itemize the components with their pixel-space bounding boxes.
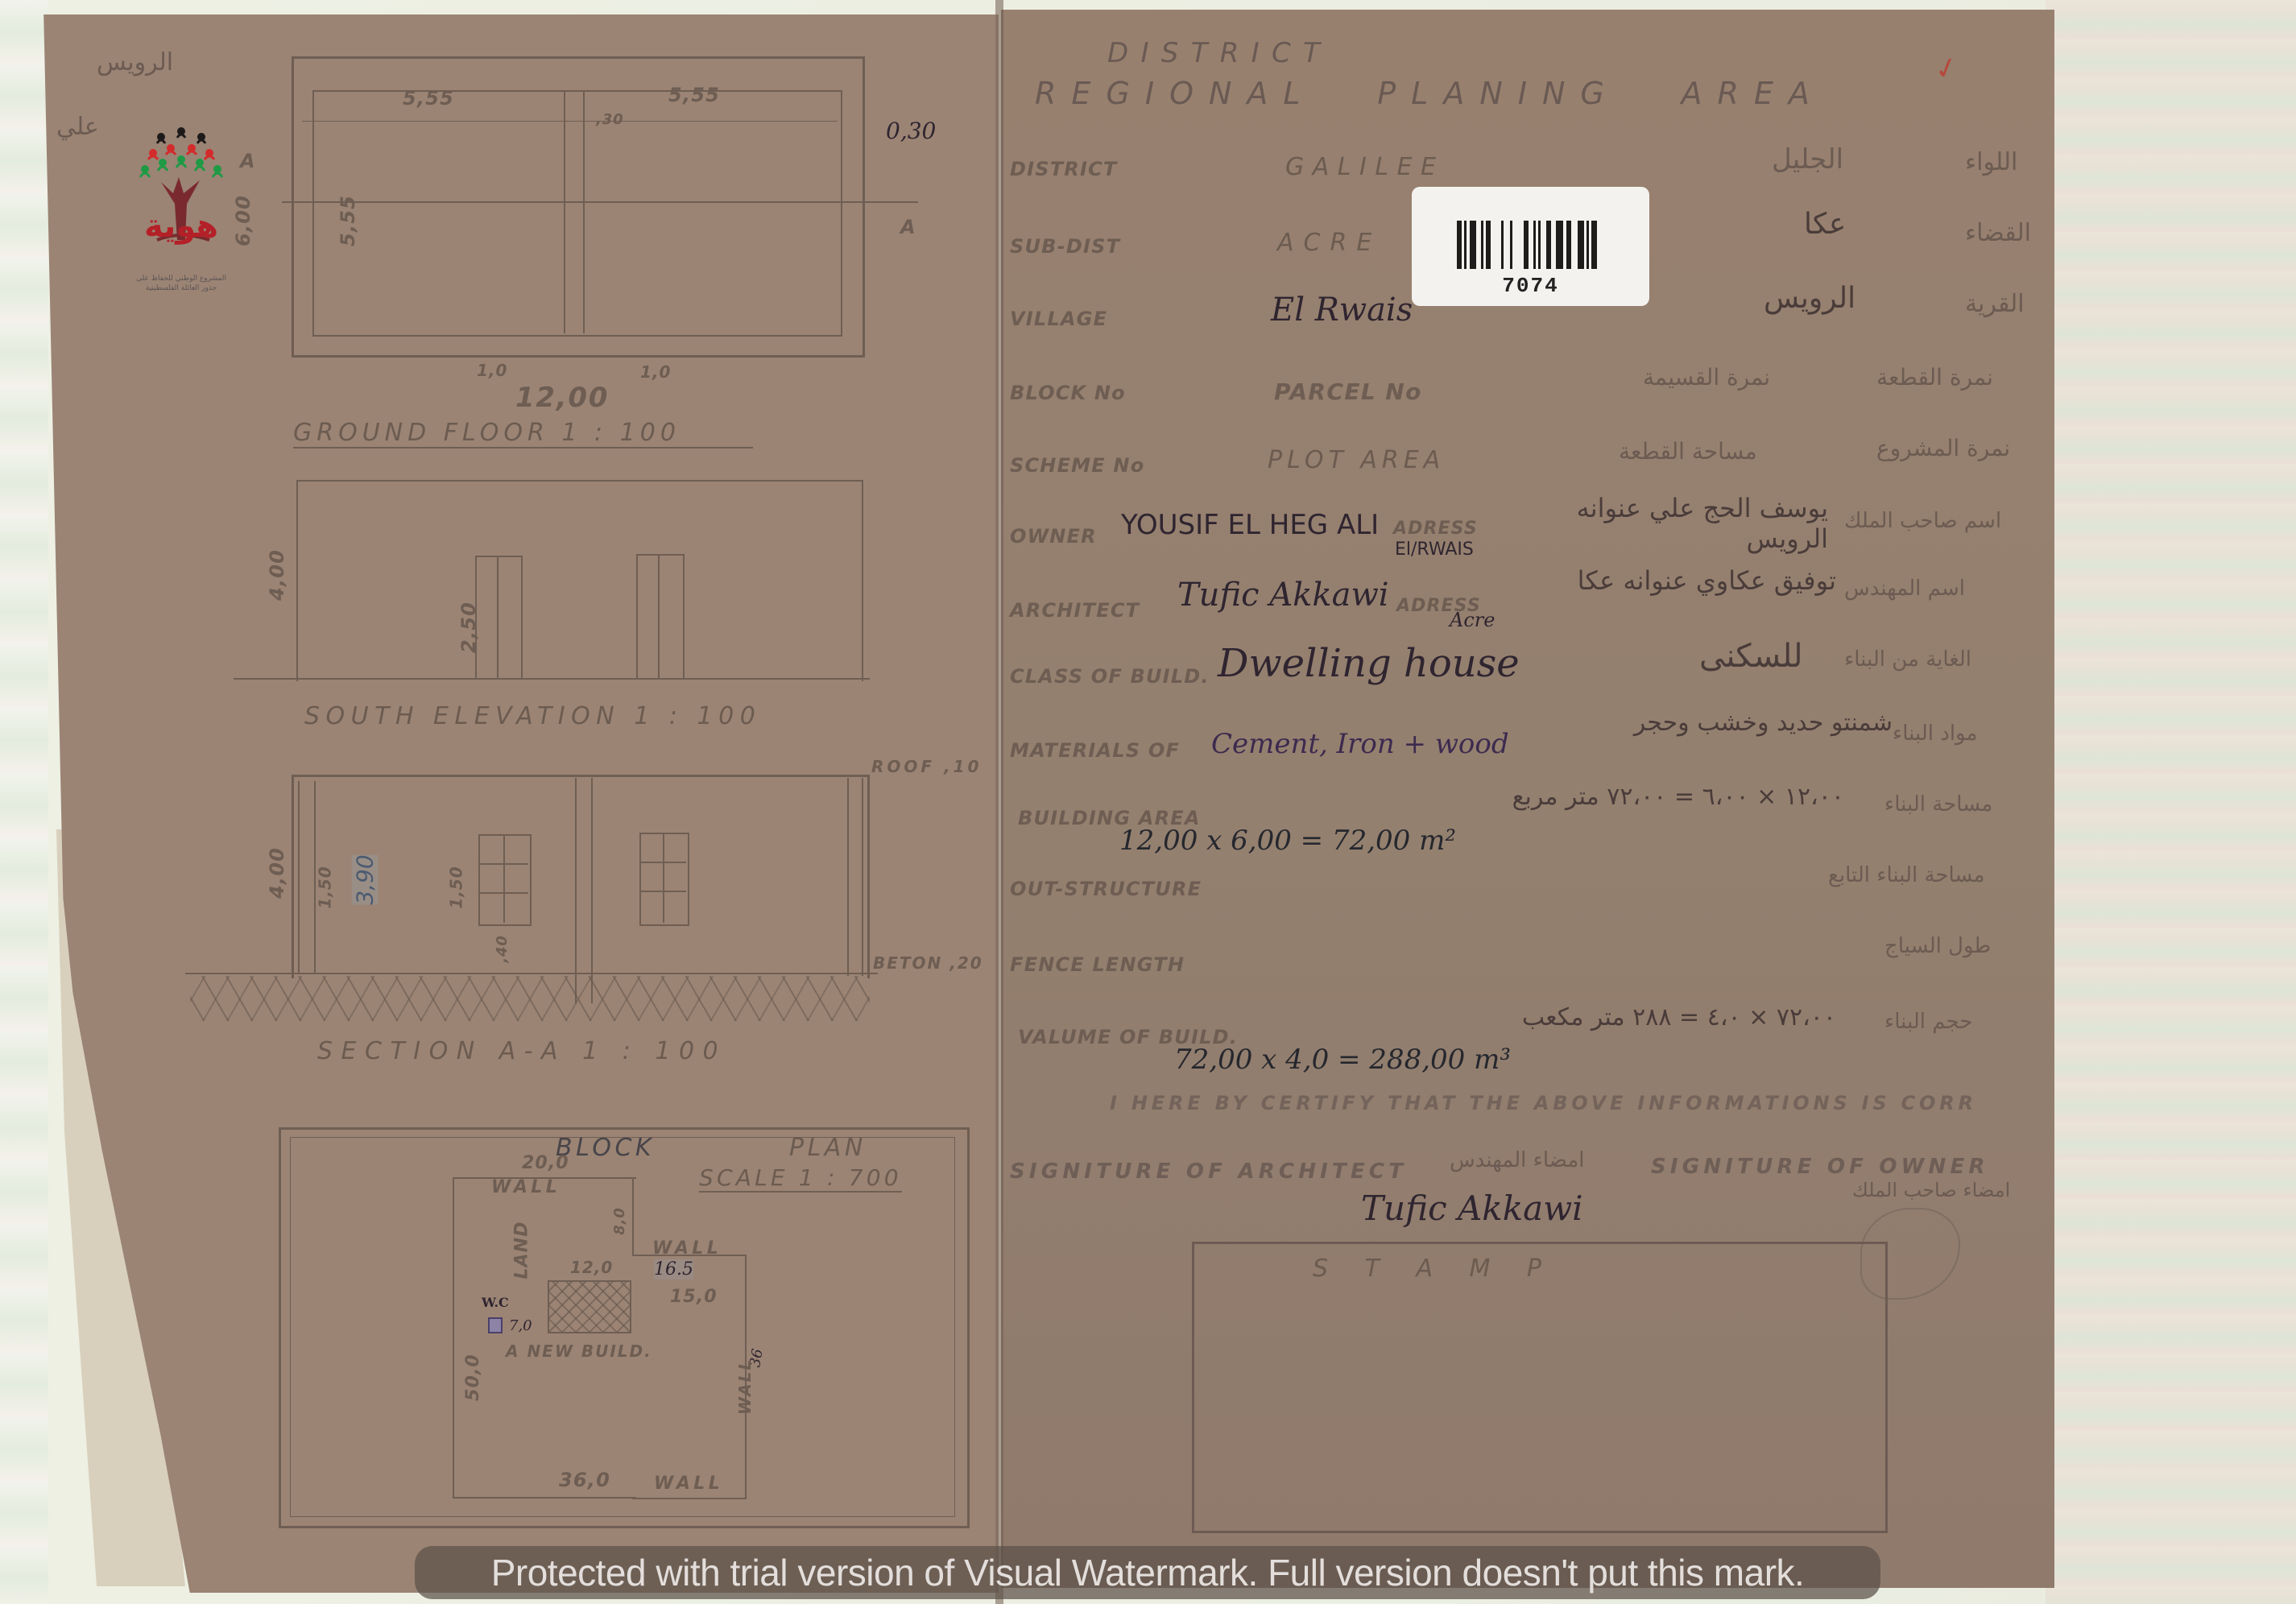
logo-subtitle-line2: جذور العائلة الفلسطينية bbox=[129, 283, 234, 293]
block-right-upper-dim: 8,0 bbox=[611, 1207, 628, 1235]
wc-label: W.C bbox=[482, 1295, 509, 1310]
field-value-materials: Cement, Iron + wood bbox=[1211, 728, 1509, 760]
door-height: 2,50 bbox=[457, 601, 480, 653]
elevation-height: 4,00 bbox=[266, 549, 288, 601]
field-label-fence-length: FENCE LENGTH bbox=[1010, 953, 1185, 976]
dimension-line bbox=[302, 121, 838, 122]
block-top-dim: 20,0 bbox=[522, 1153, 569, 1173]
block-right-side-wall: WALL bbox=[735, 1358, 755, 1415]
section-window-height: 1,50 bbox=[447, 866, 466, 908]
field-arabic-label-scheme: نمرة المشروع bbox=[1876, 435, 2010, 461]
block-right-wall: WALL bbox=[652, 1238, 722, 1259]
dim-door-left: 1,0 bbox=[477, 361, 507, 380]
new-building-footprint bbox=[548, 1280, 631, 1333]
dim-partition: ,30 bbox=[596, 111, 624, 128]
field-value-class: Dwelling house bbox=[1218, 641, 1520, 686]
block-left-label: LAND bbox=[512, 1221, 532, 1279]
field-label-scheme: SCHEME No bbox=[1010, 454, 1144, 477]
block-top-wall: WALL bbox=[491, 1177, 561, 1197]
door-right bbox=[636, 554, 685, 680]
section-line-a-2 bbox=[564, 201, 918, 203]
field-value-subdist: ACRE bbox=[1277, 229, 1381, 257]
logo-title: هوية bbox=[137, 208, 225, 245]
wc-dim: 7,0 bbox=[509, 1317, 532, 1334]
stamp-box bbox=[1192, 1242, 1888, 1533]
field-label-subdist: SUB-DIST bbox=[1010, 235, 1120, 258]
margin-note-arabic: الرويس bbox=[97, 48, 173, 76]
dim-room-left: 5,55 bbox=[403, 87, 454, 110]
section-inner-height: 3,90 bbox=[352, 854, 379, 904]
section-dim-a: 1,50 bbox=[316, 866, 335, 908]
field-label-materials: MATERIALS OF bbox=[1010, 739, 1180, 762]
field-label-owner: OWNER bbox=[1010, 525, 1097, 548]
field-label-village: VILLAGE bbox=[1010, 308, 1107, 330]
field-arabic-value-materials: شمنتو حديد وخشب وحجر bbox=[1554, 709, 1893, 737]
field-label-plot-area: PLOT AREA bbox=[1268, 446, 1445, 474]
plot-boundary-step bbox=[632, 1177, 634, 1256]
field-arabic-value-district: الجليل bbox=[1772, 143, 1843, 176]
section-ground-line bbox=[185, 973, 878, 974]
field-value-owner-address: El/RWAIS bbox=[1395, 539, 1474, 560]
field-arabic-label-parcel: نمرة القسيمة bbox=[1643, 364, 1770, 391]
scan-margin-right bbox=[2046, 0, 2296, 1604]
barcode-number: 7074 bbox=[1412, 274, 1649, 298]
margin-note-arabic-2: علي bbox=[56, 113, 99, 141]
window-right bbox=[639, 833, 689, 926]
dim-depth: 5,55 bbox=[337, 195, 359, 246]
dim-door-right: 1,0 bbox=[640, 362, 671, 382]
window-left-mullion bbox=[503, 834, 505, 923]
field-arabic-label-owner: اسم صاحب الملك bbox=[1844, 509, 2001, 533]
block-inner-dim: 12,0 bbox=[570, 1258, 613, 1277]
field-arabic-label-volume: حجم البناء bbox=[1884, 1010, 1972, 1034]
signature-owner-arabic: امضاء صاحب الملك bbox=[1852, 1179, 2010, 1201]
section-wall-middle bbox=[575, 778, 593, 1003]
field-arabic-label-block: نمرة القطعة bbox=[1876, 364, 1993, 391]
field-arabic-label-out-structure: مساحة البناء التابع bbox=[1828, 863, 1985, 887]
field-arabic-label-fence-length: طول السياج bbox=[1884, 934, 1991, 958]
window-right-transom bbox=[639, 862, 686, 863]
barcode-label: 7074 bbox=[1412, 187, 1649, 306]
field-value-owner: YOUSIF EL HEG ALI bbox=[1121, 509, 1379, 541]
roof-label: ROOF ,10 bbox=[871, 757, 982, 776]
floor-label: BETON ,20 bbox=[873, 953, 983, 973]
field-value-village: El Rwais bbox=[1271, 291, 1413, 329]
field-value-district: GALILEE bbox=[1285, 153, 1444, 181]
partition-wall bbox=[564, 90, 585, 333]
field-label-class: CLASS OF BUILD. bbox=[1010, 665, 1210, 688]
field-arabic-label-class: الغاية من البناء bbox=[1844, 647, 1971, 672]
field-arabic-label-village: القرية bbox=[1965, 290, 2025, 318]
door-right-split bbox=[658, 554, 660, 678]
section-sill: ,40 bbox=[494, 935, 511, 963]
field-value-volume: 72,00 x 4,0 = 288,00 m³ bbox=[1174, 1044, 1511, 1076]
field-arabic-value-class: للسكنى bbox=[1699, 638, 1803, 675]
stamp-label: S T A M P bbox=[1313, 1255, 1556, 1283]
window-left bbox=[478, 834, 532, 926]
field-label-block: BLOCK No bbox=[1010, 382, 1126, 404]
field-label-out-structure: OUT-STRUCTURE bbox=[1010, 878, 1202, 900]
field-arabic-value-volume: ٧٢،٠٠ × ٤،٠ = ٢٨٨ متر مكعب bbox=[1482, 1003, 1836, 1031]
scan-margin-left bbox=[0, 0, 48, 1604]
field-label-parcel: PARCEL No bbox=[1274, 378, 1422, 405]
section-wall-left bbox=[298, 781, 316, 974]
soil-hatching bbox=[190, 976, 870, 1021]
window-right-transom-2 bbox=[639, 891, 686, 892]
window-left-transom bbox=[478, 863, 528, 865]
logo-subtitle: المشروع الوطني للحفاظ على جذور العائلة ا… bbox=[129, 274, 234, 293]
dim-total-length: 12,00 bbox=[515, 382, 609, 414]
field-value-architect: Tufic Akkawi bbox=[1177, 577, 1388, 614]
elevation-outline bbox=[296, 480, 863, 681]
plot-boundary-left bbox=[453, 1177, 636, 1499]
architect-signature: Tufic Akkawi bbox=[1361, 1189, 1583, 1228]
field-arabic-label-materials: مواد البناء bbox=[1893, 721, 1977, 746]
signature-architect-arabic: امضاء المهندس bbox=[1450, 1148, 1585, 1172]
door-left-split bbox=[497, 556, 499, 678]
field-arabic-label-district: اللواء bbox=[1965, 148, 2017, 176]
section-marker-a: A bbox=[900, 216, 916, 238]
section-marker-a-left: A bbox=[240, 150, 256, 172]
block-plan-title-rest: PLAN bbox=[789, 1134, 867, 1162]
field-value-building-area: 12,00 x 6,00 = 72,00 m² bbox=[1119, 825, 1456, 857]
window-right-mullion bbox=[663, 833, 664, 923]
wc-icon bbox=[488, 1317, 503, 1333]
section-wall-right bbox=[847, 778, 863, 976]
dim-room-right: 5,55 bbox=[668, 84, 720, 106]
logo-subtitle-line1: المشروع الوطني للحفاظ على bbox=[129, 274, 234, 283]
door-left bbox=[475, 556, 523, 680]
ground-line bbox=[234, 678, 870, 680]
certification-statement: I HERE BY CERTIFY THAT THE ABOVE INFORMA… bbox=[1110, 1092, 1977, 1114]
field-arabic-label-subdist: القضاء bbox=[1965, 219, 2031, 247]
field-arabic-value-architect: توفيق عكاوي عنوانه عكا bbox=[1546, 565, 1836, 596]
barcode-bars bbox=[1457, 221, 1628, 269]
window-left-transom-2 bbox=[478, 892, 528, 894]
field-arabic-value-village: الرويس bbox=[1764, 282, 1855, 315]
header-district: DISTRICT bbox=[1107, 37, 1332, 69]
field-arabic-value-subdist: عكا bbox=[1804, 208, 1846, 241]
new-building-label: A NEW BUILD. bbox=[506, 1341, 652, 1361]
block-right-dim: 15,0 bbox=[670, 1287, 718, 1307]
signature-architect-label: SIGNITURE OF ARCHITECT bbox=[1010, 1160, 1407, 1184]
dim-wall-thickness: 0,30 bbox=[886, 118, 936, 144]
field-label-district: DISTRICT bbox=[1010, 158, 1118, 180]
field-label-owner-address: ADRESS bbox=[1393, 519, 1478, 539]
signature-owner-label: SIGNITURE OF OWNER bbox=[1651, 1155, 1989, 1179]
field-arabic-label-building-area: مساحة البناء bbox=[1884, 792, 1992, 816]
section-title: SECTION A-A 1 : 100 bbox=[317, 1037, 726, 1065]
hawiya-logo-tree-icon bbox=[137, 87, 225, 288]
block-plan-title-word: BLOCK bbox=[556, 1134, 655, 1162]
field-arabic-label-architect: اسم المهندس bbox=[1844, 577, 1965, 601]
field-arabic-value-building-area: ١٢،٠٠ × ٦،٠٠ = ٧٢،٠٠ متر مربع bbox=[1474, 783, 1844, 811]
field-label-architect: ARCHITECT bbox=[1010, 599, 1140, 622]
field-value-architect-address: Acre bbox=[1450, 609, 1495, 631]
trial-watermark-banner: Protected with trial version of Visual W… bbox=[415, 1546, 1880, 1599]
block-left-dim: 50,0 bbox=[463, 1354, 483, 1401]
dim-overall-depth: 6,00 bbox=[232, 195, 254, 246]
field-arabic-label-plot-area: مساحة القطعة bbox=[1619, 438, 1757, 465]
ground-floor-title: GROUND FLOOR 1 : 100 bbox=[293, 419, 753, 449]
section-height: 4,00 bbox=[266, 847, 288, 899]
header-regional-planing-area: REGIONAL PLANING AREA bbox=[1035, 76, 1825, 111]
block-bottom-dim: 36,0 bbox=[559, 1469, 610, 1491]
block-bottom-wall: WALL bbox=[654, 1474, 723, 1494]
block-mid-dim: 16.5 bbox=[654, 1259, 693, 1279]
field-arabic-value-owner: يوسف الحج علي عنوانه الرويس bbox=[1522, 493, 1828, 554]
south-elevation-title: SOUTH ELEVATION 1 : 100 bbox=[304, 702, 761, 730]
block-plan-scale: SCALE 1 : 700 bbox=[699, 1164, 902, 1193]
